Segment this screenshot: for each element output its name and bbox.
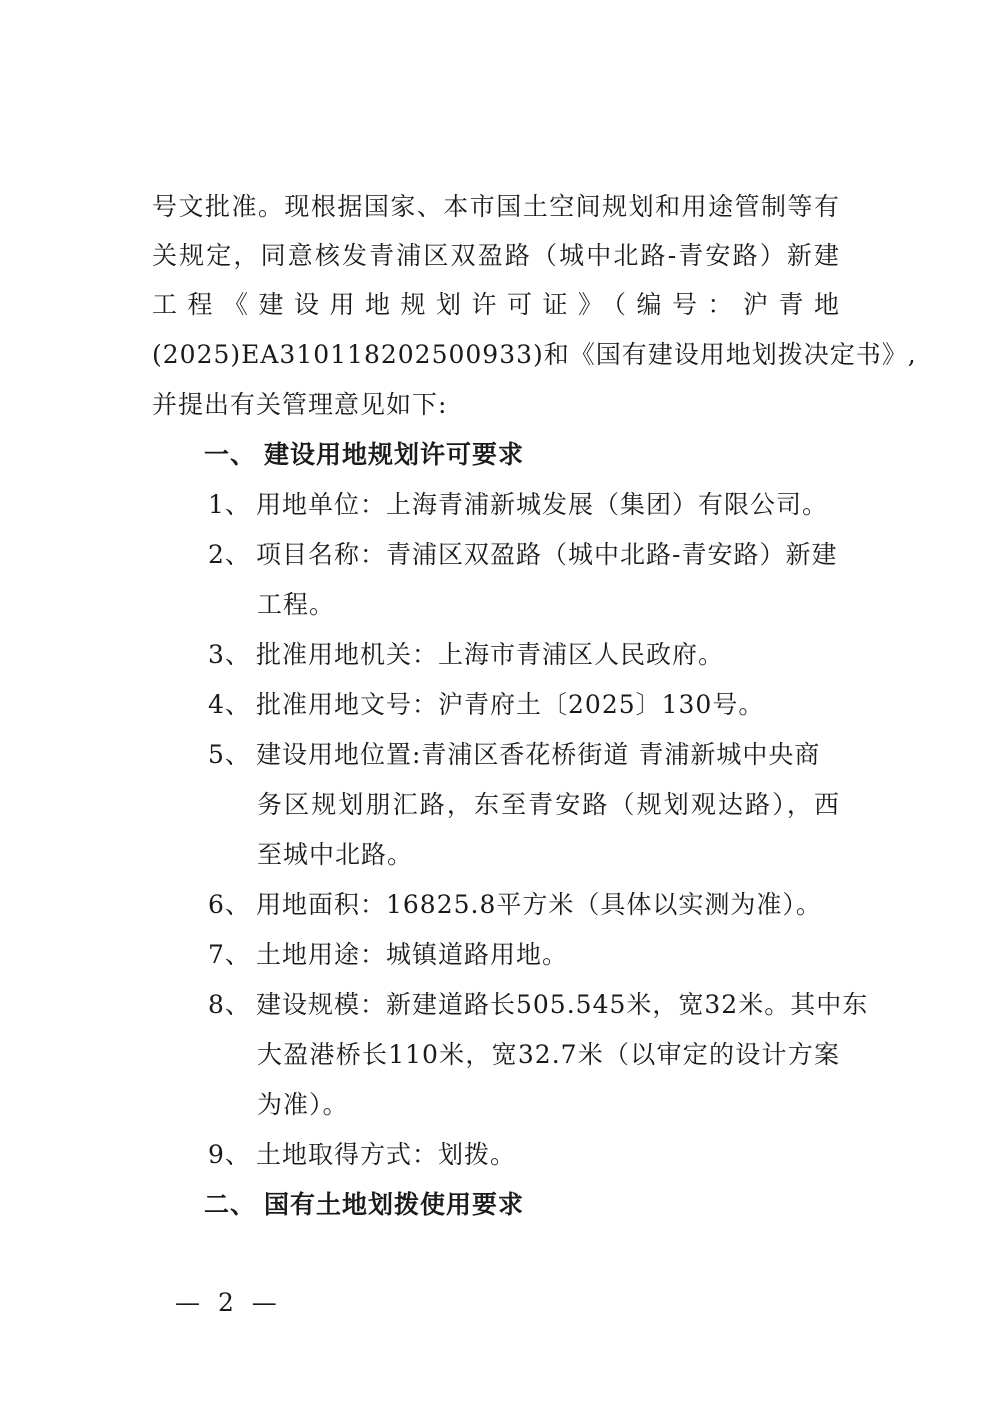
list-item-3: 3、批准用地机关：上海市青浦区人民政府。 [208,640,724,670]
list-item-2: 2、项目名称：青浦区双盈路（城中北路-青安路）新建 [208,540,840,570]
page-number: — 2 — [175,1288,277,1318]
list-item-8-cont-2: 为准）。 [257,1090,840,1120]
item-text: 建设用地位置:青浦区香花桥街道 青浦新城中央商 [256,740,820,769]
item-text: 土地用途：城镇道路用地。 [256,940,568,969]
list-item-9: 9、土地取得方式：划拨。 [208,1140,516,1170]
item-text: 用地单位：上海青浦新城发展（集团）有限公司。 [256,490,828,519]
intro-line-2: 关规定，同意核发青浦区双盈路（城中北路-青安路）新建 [152,241,840,271]
intro-line-1: 号文批准。现根据国家、本市国土空间规划和用途管制等有 [152,192,840,222]
list-item-6: 6、用地面积：16825.8平方米（具体以实测为准）。 [208,890,822,920]
item-number: 5、 [208,740,256,770]
list-item-2-cont: 工程。 [257,590,840,620]
intro-line-5: 并提出有关管理意见如下: [152,390,447,420]
item-text: 批准用地机关：上海市青浦区人民政府。 [256,640,724,669]
list-item-4: 4、批准用地文号：沪青府土〔2025〕130号。 [208,690,764,720]
item-text: 项目名称：青浦区双盈路（城中北路-青安路）新建 [256,540,837,569]
list-item-5: 5、建设用地位置:青浦区香花桥街道 青浦新城中央商 [208,740,840,770]
section-number: 一、 [204,440,264,470]
item-text: 批准用地文号：沪青府土〔2025〕130号。 [256,690,764,719]
section-title: 国有土地划拨使用要求 [264,1190,524,1219]
item-text: 建设规模：新建道路长505.545米，宽32米。其中东 [256,990,868,1019]
list-item-8: 8、建设规模：新建道路长505.545米，宽32米。其中东 [208,990,840,1020]
item-text: 用地面积：16825.8平方米（具体以实测为准）。 [256,890,822,919]
list-item-8-cont-1: 大盈港桥长110米，宽32.7米（以审定的设计方案 [257,1040,840,1070]
section-title: 建设用地规划许可要求 [264,440,524,469]
item-number: 3、 [208,640,256,670]
item-number: 1、 [208,490,256,520]
document-page: 号文批准。现根据国家、本市国土空间规划和用途管制等有 关规定，同意核发青浦区双盈… [0,0,992,1403]
item-number: 4、 [208,690,256,720]
item-number: 8、 [208,990,256,1020]
item-number: 7、 [208,940,256,970]
section-heading-two: 二、国有土地划拨使用要求 [204,1190,524,1220]
section-heading-one: 一、建设用地规划许可要求 [204,440,524,470]
list-item-5-cont-1: 务区规划朋汇路，东至青安路（规划观达路），西 [257,790,840,820]
item-text: 土地取得方式：划拨。 [256,1140,516,1169]
item-number: 6、 [208,890,256,920]
item-number: 9、 [208,1140,256,1170]
list-item-5-cont-2: 至城中北路。 [257,840,840,870]
list-item-1: 1、用地单位：上海青浦新城发展（集团）有限公司。 [208,490,828,520]
intro-line-3: 工程《建设用地规划许可证》（编号：沪青地 [152,290,840,320]
section-number: 二、 [204,1190,264,1220]
intro-line-4: (2025)EA310118202500933)和《国有建设用地划拨决定书》, [152,340,840,370]
item-number: 2、 [208,540,256,570]
list-item-7: 7、土地用途：城镇道路用地。 [208,940,568,970]
